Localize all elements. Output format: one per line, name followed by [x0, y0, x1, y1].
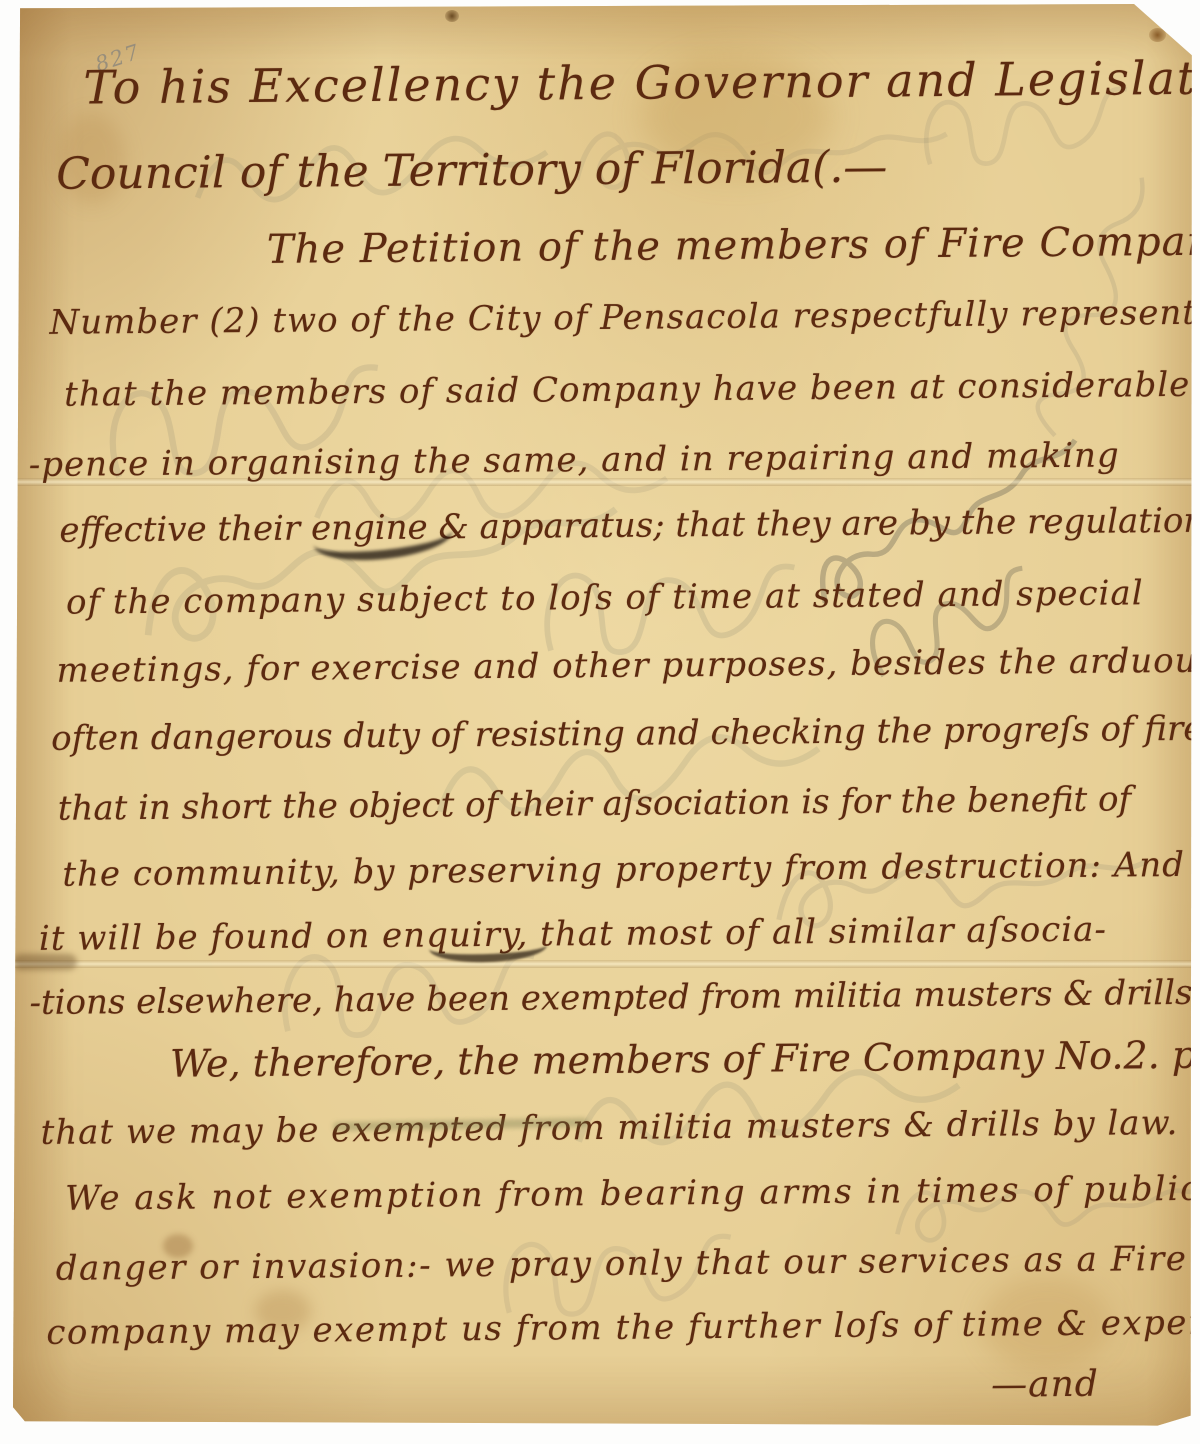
manuscript-page: 827 To his Excellency the Governor and L…	[13, 4, 1193, 1427]
manuscript-line: Council of the Territory of Florida(.—	[56, 141, 888, 199]
manuscript-line: We ask not exemption from bearing arms i…	[65, 1169, 1200, 1219]
manuscript-line: -tions elsewhere, have been exempted fro…	[29, 973, 1200, 1023]
manuscript-line: meetings, for exercise and other purpose…	[56, 640, 1200, 691]
manuscript-line: To his Excellency the Governor and Legis…	[83, 50, 1200, 114]
manuscript-line: it will be found on enquiry, that most o…	[39, 910, 1107, 959]
manuscript-line: the community, by preserving property fr…	[62, 845, 1185, 895]
manuscript-line: effective their engine & apparatus; that…	[59, 501, 1200, 551]
manuscript-line: We, therefore, the members of Fire Compa…	[170, 1032, 1200, 1086]
manuscript-line: Number (2) two of the City of Pensacola …	[49, 293, 1200, 343]
manuscript-line: The Petition of the members of Fire Comp…	[267, 218, 1200, 272]
manuscript-line: often dangerous duty of resisting and ch…	[51, 709, 1200, 759]
manuscript-line: that the members of said Company have be…	[64, 364, 1200, 414]
manuscript-line: of the company subject to loſs of time a…	[66, 573, 1144, 622]
manuscript-text: To his Excellency the Governor and Legis…	[7, 0, 1199, 1432]
manuscript-line: danger or invasion:- we pray only that o…	[56, 1239, 1188, 1289]
manuscript-line: that in short the object of their aſsoci…	[58, 779, 1132, 828]
manuscript-line: that we may be exempted from militia mus…	[40, 1103, 1178, 1153]
manuscript-line: —and	[991, 1364, 1099, 1406]
manuscript-line: -pence in organising the same, and in re…	[29, 435, 1120, 485]
document-scan: 827 To his Excellency the Governor and L…	[0, 0, 1200, 1444]
manuscript-line: company may exempt us from the further l…	[46, 1302, 1200, 1353]
